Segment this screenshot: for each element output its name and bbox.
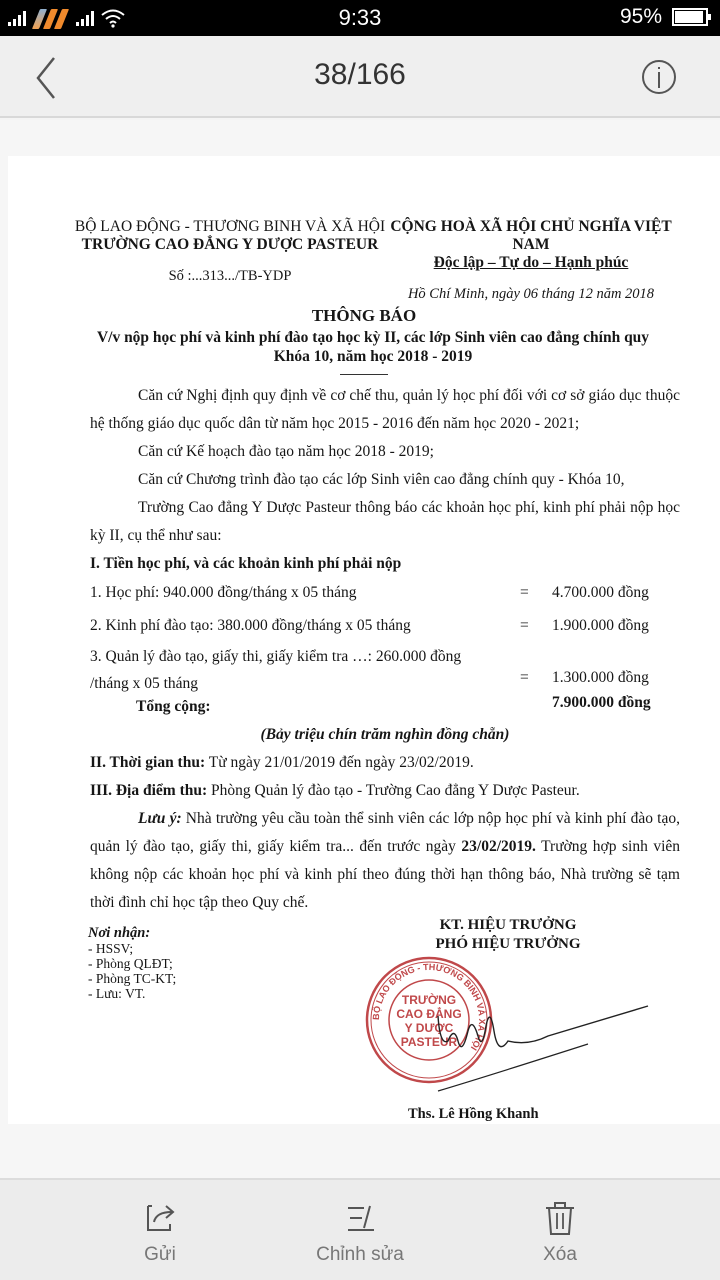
section-2: II. Thời gian thu: Từ ngày 21/01/2019 đế… — [90, 749, 680, 777]
recipient-item: - HSSV; — [88, 941, 176, 956]
signature-title: KT. HIỆU TRƯỞNG PHÓ HIỆU TRƯỞNG — [388, 916, 628, 954]
send-button[interactable]: Gửi — [100, 1198, 220, 1266]
document-page: BỘ LAO ĐỘNG - THƯƠNG BINH VÀ XÃ HỘI TRƯỜ… — [8, 156, 720, 1124]
total-in-words: (Bảy triệu chín trăm nghìn đồng chẵn) — [90, 721, 680, 749]
equals-sign: = — [520, 611, 529, 640]
battery-percent: 95% — [620, 5, 662, 29]
subject-line-2: Khóa 10, năm học 2018 - 2019 — [78, 347, 668, 366]
document-number: Số :...313.../TB-YDP — [70, 267, 390, 285]
equals-sign: = — [520, 578, 529, 607]
edit-button[interactable]: Chỉnh sửa — [300, 1198, 420, 1266]
national-title: CỘNG HOÀ XÃ HỘI CHỦ NGHĨA VIỆT NAM — [376, 218, 686, 254]
national-motto: Độc lập – Tự do – Hạnh phúc — [376, 254, 686, 272]
document-title: THÔNG BÁO — [8, 306, 720, 326]
divider — [340, 374, 388, 375]
document-date: Hồ Chí Minh, ngày 06 tháng 12 năm 2018 — [376, 285, 686, 303]
fee-label: 1. Học phí: 940.000 đồng/tháng x 05 thán… — [90, 584, 357, 601]
edit-label: Chỉnh sửa — [300, 1244, 420, 1266]
info-button[interactable] — [642, 60, 676, 94]
fee-label: /tháng x 05 tháng — [90, 675, 198, 692]
ministry-name: BỘ LAO ĐỘNG - THƯƠNG BINH VÀ XÃ HỘI — [70, 218, 390, 236]
section-3-label: III. Địa điểm thu: — [90, 782, 207, 799]
basis-2: Căn cứ Kế hoạch đào tạo năm học 2018 - 2… — [90, 438, 680, 466]
delete-label: Xóa — [500, 1244, 620, 1266]
subject-line-1: V/v nộp học phí và kinh phí đào tạo học … — [78, 328, 668, 347]
document-subject: V/v nộp học phí và kinh phí đào tạo học … — [78, 328, 668, 366]
bottom-toolbar: Gửi Chỉnh sửa Xóa — [0, 1178, 720, 1280]
status-icons-right: 95% — [620, 5, 708, 29]
section-3: III. Địa điểm thu: Phòng Quản lý đào tạo… — [90, 777, 680, 805]
share-icon — [140, 1198, 180, 1238]
basis-3: Căn cứ Chương trình đào tạo các lớp Sinh… — [90, 466, 680, 494]
basis-4: Trường Cao đẳng Y Dược Pasteur thông báo… — [90, 494, 680, 550]
delete-button[interactable]: Xóa — [500, 1198, 620, 1266]
recipients-heading: Nơi nhận: — [88, 926, 176, 941]
recipient-item: - Lưu: VT. — [88, 986, 176, 1001]
recipient-item: - Phòng TC-KT; — [88, 971, 176, 986]
document-viewport[interactable]: BỘ LAO ĐỘNG - THƯƠNG BINH VÀ XÃ HỘI TRƯỜ… — [0, 120, 720, 1178]
total-amount: 7.900.000 đồng — [552, 688, 651, 717]
section-2-label: II. Thời gian thu: — [90, 754, 205, 771]
page-counter: 38/166 — [0, 58, 720, 92]
status-time: 9:33 — [0, 5, 720, 31]
header-left: BỘ LAO ĐỘNG - THƯƠNG BINH VÀ XÃ HỘI TRƯỜ… — [70, 218, 390, 285]
note-paragraph: Lưu ý: Nhà trường yêu cầu toàn thể sinh … — [90, 805, 680, 917]
section-3-text: Phòng Quản lý đào tạo - Trường Cao đẳng … — [207, 782, 580, 799]
fee-label: 3. Quản lý đào tạo, giấy thi, giấy kiểm … — [90, 648, 461, 665]
header-right: CỘNG HOÀ XÃ HỘI CHỦ NGHĨA VIỆT NAM Độc l… — [376, 218, 686, 303]
document-body: Căn cứ Nghị định quy định về cơ chế thu,… — [90, 382, 680, 917]
note-deadline: 23/02/2019. — [461, 838, 536, 855]
total-label: Tổng cộng: — [90, 698, 211, 715]
recipient-item: - Phòng QLĐT; — [88, 956, 176, 971]
fee-row: 2. Kinh phí đào tạo: 380.000 đồng/tháng … — [90, 611, 680, 640]
battery-icon — [672, 8, 708, 26]
fee-row: 1. Học phí: 940.000 đồng/tháng x 05 thán… — [90, 578, 680, 607]
section-2-text: Từ ngày 21/01/2019 đến ngày 23/02/2019. — [205, 754, 474, 771]
status-bar: 9:33 95% — [0, 0, 720, 36]
fee-amount: 4.700.000 đồng — [552, 578, 649, 607]
sign-line-2: PHÓ HIỆU TRƯỞNG — [388, 935, 628, 954]
section-1-heading: I. Tiền học phí, và các khoản kinh phí p… — [90, 550, 680, 578]
total-row: Tổng cộng: 7.900.000 đồng — [90, 692, 680, 721]
send-label: Gửi — [100, 1244, 220, 1266]
fee-label: 2. Kinh phí đào tạo: 380.000 đồng/tháng … — [90, 617, 411, 634]
signer-name: Ths. Lê Hồng Khanh — [408, 1106, 539, 1123]
sign-line-1: KT. HIỆU TRƯỞNG — [388, 916, 628, 935]
signature — [428, 986, 658, 1096]
note-label: Lưu ý: — [138, 810, 182, 827]
recipients-list: Nơi nhận: - HSSV; - Phòng QLĐT; - Phòng … — [88, 926, 176, 1001]
school-name: TRƯỜNG CAO ĐẲNG Y DƯỢC PASTEUR — [70, 236, 390, 254]
basis-1: Căn cứ Nghị định quy định về cơ chế thu,… — [90, 382, 680, 438]
edit-icon — [340, 1198, 380, 1238]
equals-sign: = — [520, 663, 529, 692]
fee-amount: 1.900.000 đồng — [552, 611, 649, 640]
trash-icon — [540, 1198, 580, 1238]
title-bar: 38/166 — [0, 36, 720, 118]
